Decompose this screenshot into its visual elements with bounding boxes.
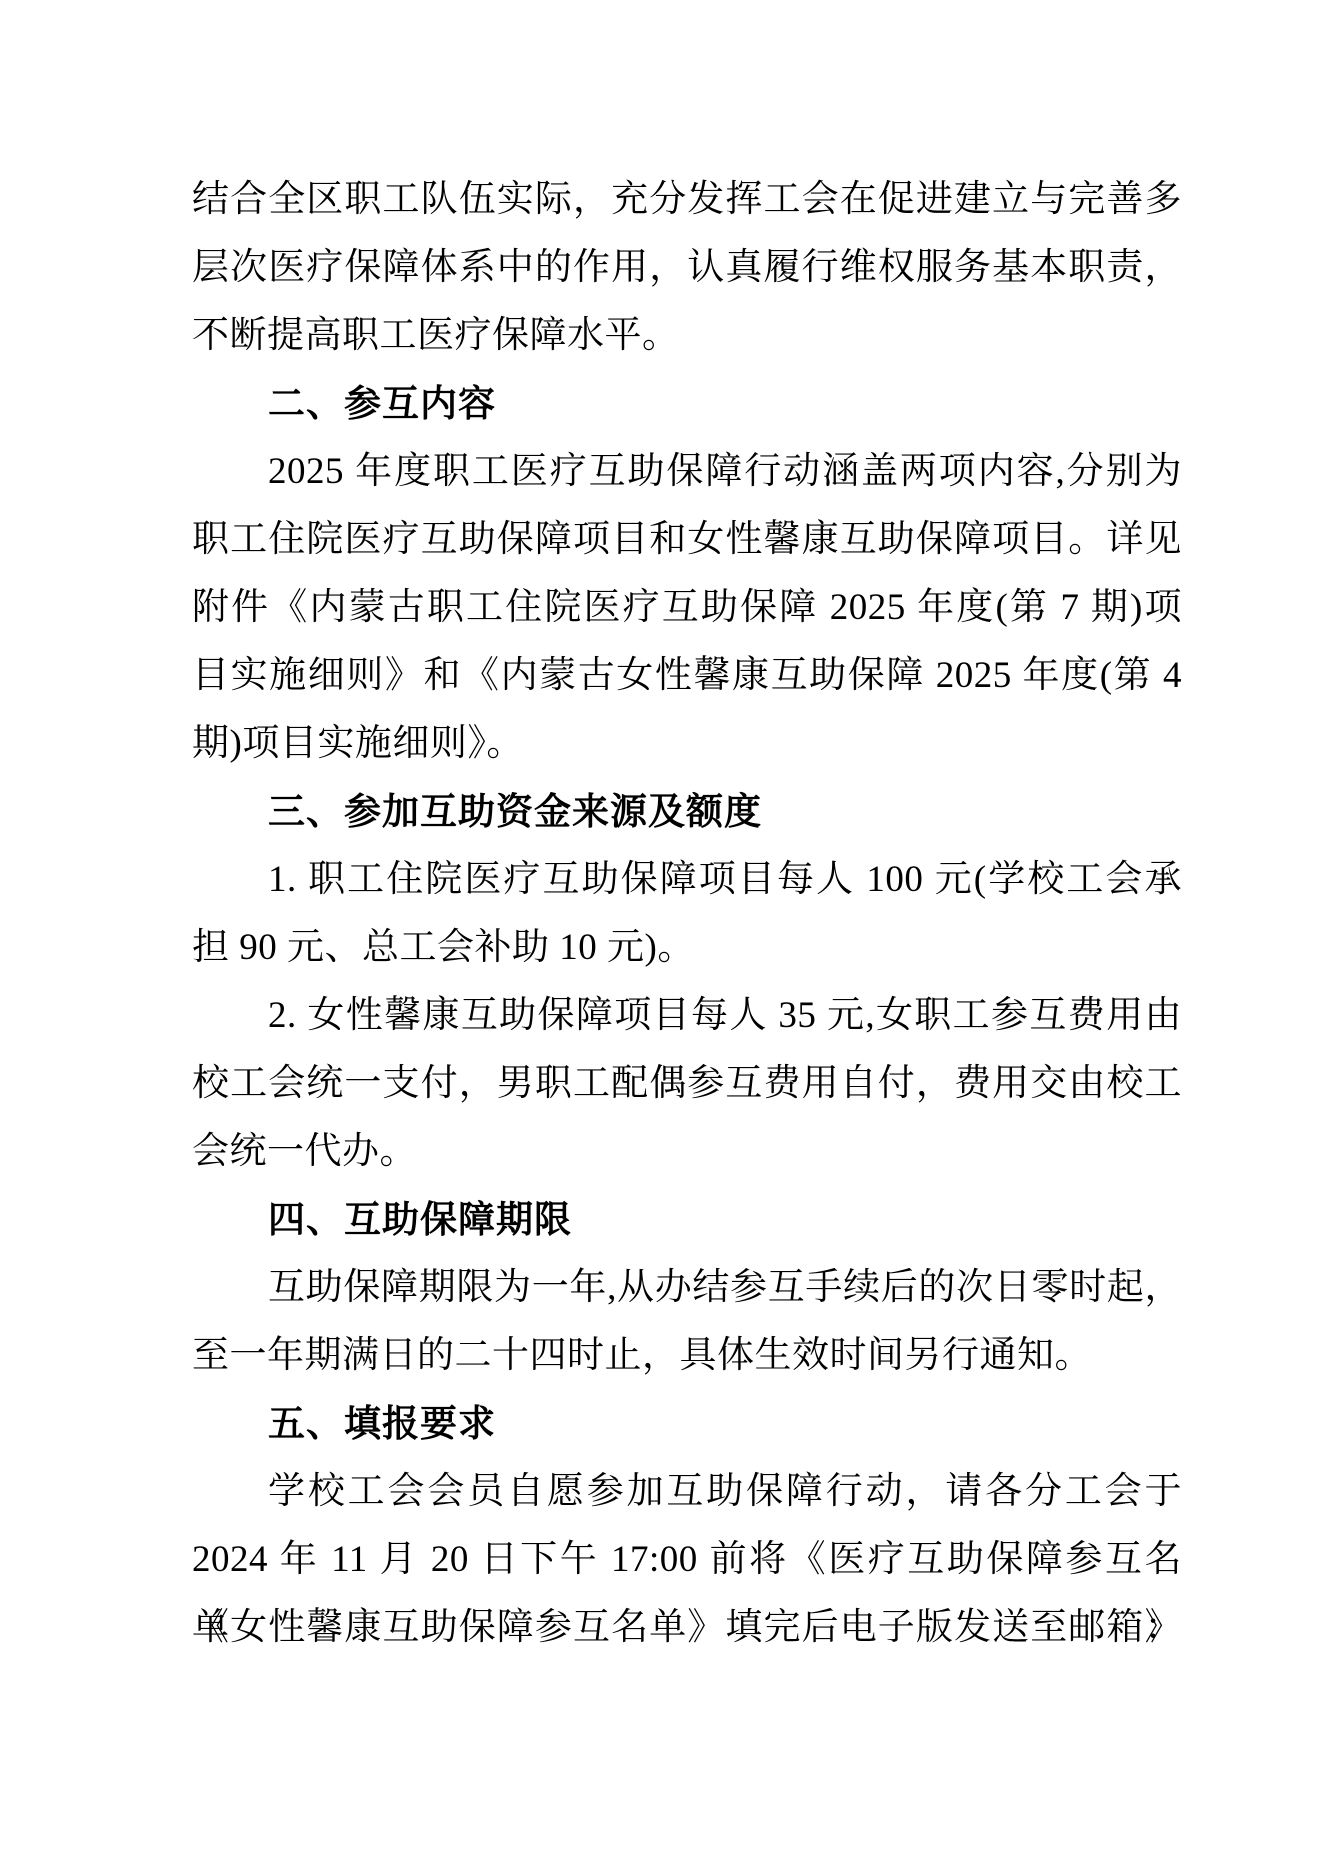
text-line: 职工住院医疗互助保障项目和女性馨康互助保障项目。详见 bbox=[192, 506, 1182, 574]
paragraph: 1. 职工住院医疗互助保障项目每人 100 元(学校工会承担 90 元、总工会补… bbox=[192, 846, 1182, 982]
text-line: 担 90 元、总工会补助 10 元)。 bbox=[192, 914, 1182, 982]
section-heading: 二、参互内容 bbox=[192, 370, 1182, 438]
text-line: 附件《内蒙古职工住院医疗互助保障 2025 年度(第 7 期)项 bbox=[192, 574, 1182, 642]
document-page: 结合全区职工队伍实际，充分发挥工会在促进建立与完善多层次医疗保障体系中的作用，认… bbox=[0, 0, 1322, 1871]
text-line: 层次医疗保障体系中的作用，认真履行维权服务基本职责， bbox=[192, 234, 1182, 302]
text-line: 2025 年度职工医疗互助保障行动涵盖两项内容,分别为 bbox=[192, 438, 1182, 506]
paragraph: 2. 女性馨康互助保障项目每人 35 元,女职工参互费用由校工会统一支付，男职工… bbox=[192, 982, 1182, 1186]
text-line: 校工会统一支付，男职工配偶参互费用自付，费用交由校工 bbox=[192, 1050, 1182, 1118]
text-line: 目实施细则》和《内蒙古女性馨康互助保障 2025 年度(第 4 bbox=[192, 642, 1182, 710]
section-heading: 四、互助保障期限 bbox=[192, 1186, 1182, 1254]
section-heading: 五、填报要求 bbox=[192, 1390, 1182, 1458]
text-line: 至一年期满日的二十四时止，具体生效时间另行通知。 bbox=[192, 1322, 1182, 1390]
paragraph: 互助保障期限为一年,从办结参互手续后的次日零时起，至一年期满日的二十四时止，具体… bbox=[192, 1254, 1182, 1390]
text-line: 期)项目实施细则》。 bbox=[192, 710, 1182, 778]
text-line: 不断提高职工医疗保障水平。 bbox=[192, 302, 1182, 370]
text-line: 学校工会会员自愿参加互助保障行动，请各分工会于 bbox=[192, 1458, 1182, 1526]
text-line: 互助保障期限为一年,从办结参互手续后的次日零时起， bbox=[192, 1254, 1182, 1322]
paragraph: 学校工会会员自愿参加互助保障行动，请各分工会于2024 年 11 月 20 日下… bbox=[192, 1458, 1182, 1662]
paragraph: 结合全区职工队伍实际，充分发挥工会在促进建立与完善多层次医疗保障体系中的作用，认… bbox=[192, 166, 1182, 370]
document-body: 结合全区职工队伍实际，充分发挥工会在促进建立与完善多层次医疗保障体系中的作用，认… bbox=[192, 166, 1182, 1662]
paragraph: 2025 年度职工医疗互助保障行动涵盖两项内容,分别为职工住院医疗互助保障项目和… bbox=[192, 438, 1182, 778]
text-line: 《女性馨康互助保障参互名单》填完后电子版发送至邮箱： bbox=[192, 1594, 1182, 1662]
section-heading: 三、参加互助资金来源及额度 bbox=[192, 778, 1182, 846]
text-line: 结合全区职工队伍实际，充分发挥工会在促进建立与完善多 bbox=[192, 166, 1182, 234]
text-line: 会统一代办。 bbox=[192, 1118, 1182, 1186]
text-line: 2024 年 11 月 20 日下午 17:00 前将《医疗互助保障参互名单》 bbox=[192, 1526, 1182, 1594]
text-line: 2. 女性馨康互助保障项目每人 35 元,女职工参互费用由 bbox=[192, 982, 1182, 1050]
text-line: 1. 职工住院医疗互助保障项目每人 100 元(学校工会承 bbox=[192, 846, 1182, 914]
